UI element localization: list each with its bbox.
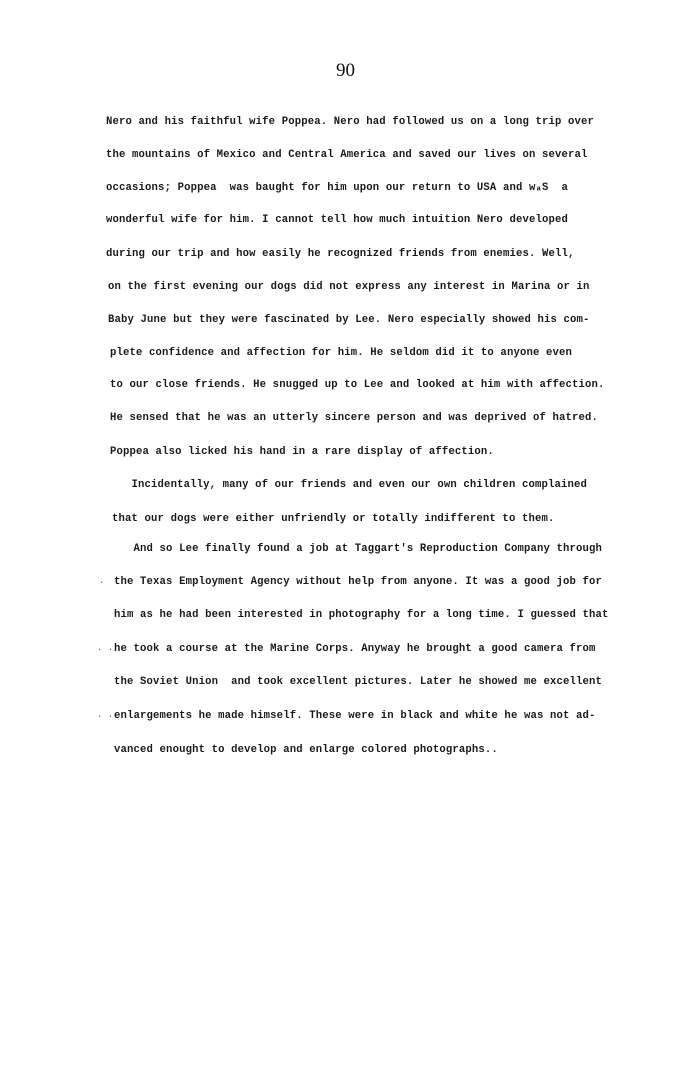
text-line: And so Lee finally found a job at Taggar…: [114, 542, 602, 556]
text-line: to our close friends. He snugged up to L…: [110, 378, 605, 392]
text-line: the Soviet Union and took excellent pict…: [114, 675, 602, 689]
text-line: wonderful wife for him. I cannot tell ho…: [106, 213, 568, 227]
text-line: vanced enought to develop and enlarge co…: [114, 743, 498, 757]
text-line: Nero and his faithful wife Poppea. Nero …: [106, 115, 594, 129]
text-line: him as he had been interested in photogr…: [114, 608, 609, 622]
text-line: He sensed that he was an utterly sincere…: [110, 411, 598, 425]
text-line: plete confidence and affection for him. …: [110, 346, 572, 360]
text-line: enlargements he made himself. These were…: [114, 709, 596, 723]
text-line: Incidentally, many of our friends and ev…: [112, 478, 587, 492]
margin-mark: .: [99, 576, 104, 586]
margin-mark: . .: [97, 710, 113, 720]
page-number: 90: [0, 60, 691, 82]
margin-mark: . .: [97, 643, 113, 653]
text-line: the Texas Employment Agency without help…: [114, 575, 602, 589]
text-line: he took a course at the Marine Corps. An…: [114, 642, 596, 656]
text-line: during our trip and how easily he recogn…: [106, 247, 575, 261]
text-line: the mountains of Mexico and Central Amer…: [106, 148, 588, 162]
text-line: Baby June but they were fascinated by Le…: [108, 313, 590, 327]
text-line: Poppea also licked his hand in a rare di…: [110, 445, 494, 459]
text-line: on the first evening our dogs did not ex…: [108, 280, 590, 294]
text-line: occasions; Poppea was baught for him upo…: [106, 181, 568, 195]
text-line: that our dogs were either unfriendly or …: [112, 512, 555, 526]
